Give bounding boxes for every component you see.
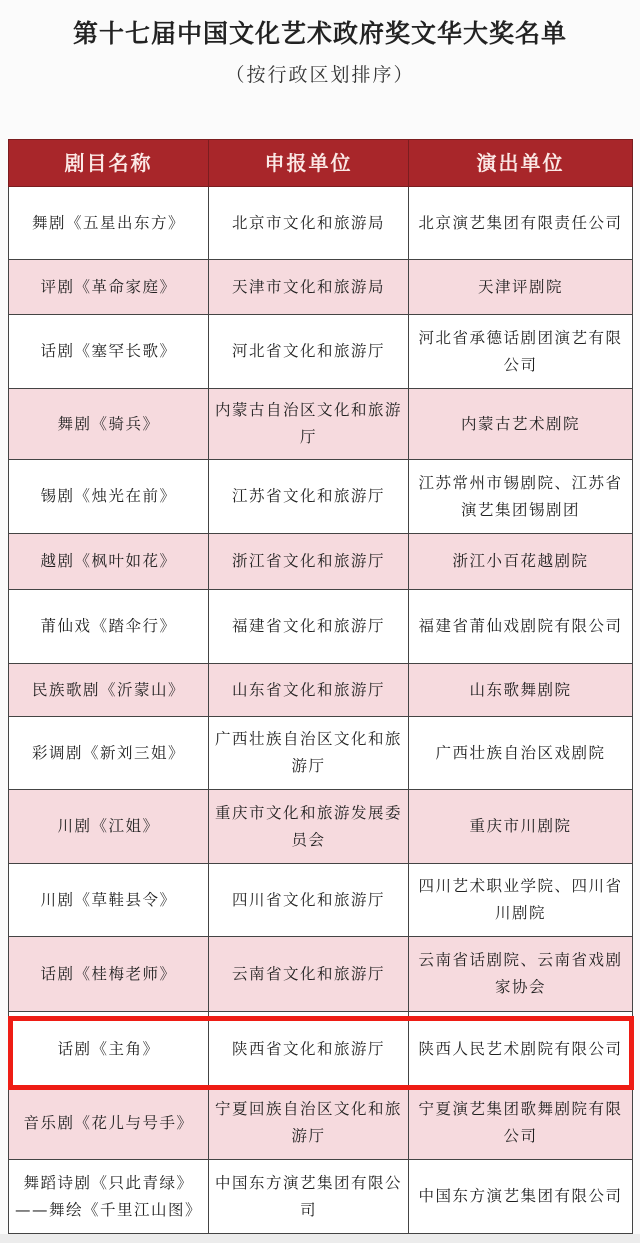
table-body: 舞剧《五星出东方》北京市文化和旅游局北京演艺集团有限责任公司评剧《革命家庭》天津…	[9, 187, 633, 1234]
document-title: 第十七届中国文化艺术政府奖文华大奖名单	[0, 14, 640, 50]
cell-performer: 陕西人民艺术剧院有限公司	[409, 1012, 633, 1087]
cell-applicant: 广西壮族自治区文化和旅游厅	[209, 717, 409, 790]
cell-play: 川剧《江姐》	[9, 790, 209, 864]
cell-play: 舞蹈诗剧《只此青绿》——舞绘《千里江山图》	[9, 1160, 209, 1234]
cell-play: 音乐剧《花儿与号手》	[9, 1087, 209, 1160]
table-row: 话剧《桂梅老师》云南省文化和旅游厅云南省话剧院、云南省戏剧家协会	[9, 937, 633, 1012]
table-row: 川剧《江姐》重庆市文化和旅游发展委员会重庆市川剧院	[9, 790, 633, 864]
table-row: 音乐剧《花儿与号手》宁夏回族自治区文化和旅游厅宁夏演艺集团歌舞剧院有限公司	[9, 1087, 633, 1160]
cell-applicant: 四川省文化和旅游厅	[209, 864, 409, 937]
cell-performer: 广西壮族自治区戏剧院	[409, 717, 633, 790]
cell-performer: 浙江小百花越剧院	[409, 534, 633, 590]
cell-performer: 江苏常州市锡剧院、江苏省演艺集团锡剧团	[409, 460, 633, 534]
cell-applicant: 云南省文化和旅游厅	[209, 937, 409, 1012]
cell-play: 越剧《枫叶如花》	[9, 534, 209, 590]
table-row: 越剧《枫叶如花》浙江省文化和旅游厅浙江小百花越剧院	[9, 534, 633, 590]
cell-play: 舞剧《五星出东方》	[9, 187, 209, 260]
cell-play: 彩调剧《新刘三姐》	[9, 717, 209, 790]
table-row: 民族歌剧《沂蒙山》山东省文化和旅游厅山东歌舞剧院	[9, 664, 633, 717]
cell-performer: 山东歌舞剧院	[409, 664, 633, 717]
cell-performer: 北京演艺集团有限责任公司	[409, 187, 633, 260]
cell-applicant: 浙江省文化和旅游厅	[209, 534, 409, 590]
cell-applicant: 陕西省文化和旅游厅	[209, 1012, 409, 1087]
cell-applicant: 重庆市文化和旅游发展委员会	[209, 790, 409, 864]
cell-play: 川剧《草鞋县令》	[9, 864, 209, 937]
cell-play: 话剧《主角》	[9, 1012, 209, 1087]
cell-applicant: 河北省文化和旅游厅	[209, 315, 409, 389]
cell-performer: 重庆市川剧院	[409, 790, 633, 864]
column-header-play: 剧目名称	[9, 140, 209, 187]
cell-performer: 云南省话剧院、云南省戏剧家协会	[409, 937, 633, 1012]
cell-play: 话剧《塞罕长歌》	[9, 315, 209, 389]
table-row: 舞蹈诗剧《只此青绿》——舞绘《千里江山图》中国东方演艺集团有限公司中国东方演艺集…	[9, 1160, 633, 1234]
cell-performer: 四川艺术职业学院、四川省川剧院	[409, 864, 633, 937]
cell-play: 锡剧《烛光在前》	[9, 460, 209, 534]
cell-applicant: 中国东方演艺集团有限公司	[209, 1160, 409, 1234]
cell-play: 话剧《桂梅老师》	[9, 937, 209, 1012]
table-row: 舞剧《五星出东方》北京市文化和旅游局北京演艺集团有限责任公司	[9, 187, 633, 260]
cell-performer: 福建省莆仙戏剧院有限公司	[409, 590, 633, 664]
cell-performer: 中国东方演艺集团有限公司	[409, 1160, 633, 1234]
table-row: 评剧《革命家庭》天津市文化和旅游局天津评剧院	[9, 260, 633, 315]
cell-applicant: 江苏省文化和旅游厅	[209, 460, 409, 534]
document-subtitle: （按行政区划排序）	[0, 60, 640, 87]
cell-performer: 宁夏演艺集团歌舞剧院有限公司	[409, 1087, 633, 1160]
table-row: 彩调剧《新刘三姐》广西壮族自治区文化和旅游厅广西壮族自治区戏剧院	[9, 717, 633, 790]
table-header-row: 剧目名称 申报单位 演出单位	[9, 140, 633, 187]
cell-applicant: 天津市文化和旅游局	[209, 260, 409, 315]
cell-play: 舞剧《骑兵》	[9, 389, 209, 460]
cell-applicant: 北京市文化和旅游局	[209, 187, 409, 260]
column-header-performer: 演出单位	[409, 140, 633, 187]
cell-play: 民族歌剧《沂蒙山》	[9, 664, 209, 717]
cell-applicant: 山东省文化和旅游厅	[209, 664, 409, 717]
table-row-highlighted: 话剧《主角》陕西省文化和旅游厅陕西人民艺术剧院有限公司	[9, 1012, 633, 1087]
cell-play: 莆仙戏《踏伞行》	[9, 590, 209, 664]
cell-applicant: 宁夏回族自治区文化和旅游厅	[209, 1087, 409, 1160]
cell-applicant: 福建省文化和旅游厅	[209, 590, 409, 664]
cell-play: 评剧《革命家庭》	[9, 260, 209, 315]
table-row: 川剧《草鞋县令》四川省文化和旅游厅四川艺术职业学院、四川省川剧院	[9, 864, 633, 937]
table-row: 舞剧《骑兵》内蒙古自治区文化和旅游厅内蒙古艺术剧院	[9, 389, 633, 460]
cell-performer: 天津评剧院	[409, 260, 633, 315]
cell-performer: 河北省承德话剧团演艺有限公司	[409, 315, 633, 389]
cell-performer: 内蒙古艺术剧院	[409, 389, 633, 460]
awards-table: 剧目名称 申报单位 演出单位 舞剧《五星出东方》北京市文化和旅游局北京演艺集团有…	[8, 139, 633, 1234]
table-row: 锡剧《烛光在前》江苏省文化和旅游厅江苏常州市锡剧院、江苏省演艺集团锡剧团	[9, 460, 633, 534]
table-row: 莆仙戏《踏伞行》福建省文化和旅游厅福建省莆仙戏剧院有限公司	[9, 590, 633, 664]
cell-applicant: 内蒙古自治区文化和旅游厅	[209, 389, 409, 460]
bottom-edge	[0, 1234, 640, 1243]
table-row: 话剧《塞罕长歌》河北省文化和旅游厅河北省承德话剧团演艺有限公司	[9, 315, 633, 389]
column-header-applicant: 申报单位	[209, 140, 409, 187]
